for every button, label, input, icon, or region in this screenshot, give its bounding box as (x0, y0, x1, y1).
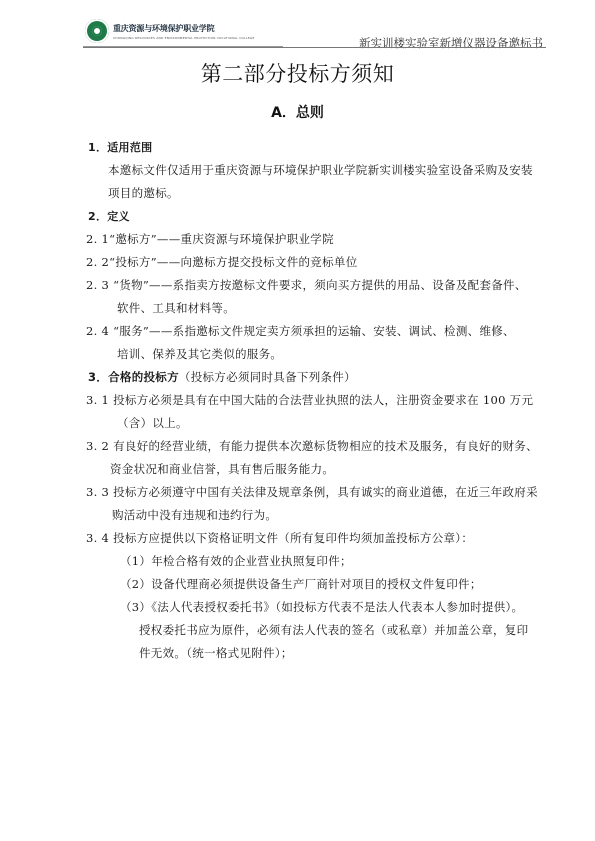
heading-qualified-bidder: 3．合格的投标方（投标方必须同时具备下列条件） (88, 369, 356, 385)
document-requirement: （2）设备代理商必须提供设备生产厂商针对项目的授权文件复印件； (120, 576, 482, 592)
condition-item: 3. 1 投标方必须是具有在中国大陆的合法营业执照的法人，注册资金要求在 100… (86, 392, 533, 408)
definition-item: 2. 4 “服务”——系指邀标文件规定卖方须承担的运输、安装、调试、检测、维修、 (86, 323, 515, 339)
definition-item-cont: 培训、保养及其它类似的服务。 (117, 346, 282, 362)
section-title: A．总则 (0, 102, 595, 122)
definition-item: 2. 1“邀标方”——重庆资源与环境保护职业学院 (86, 231, 334, 247)
condition-item-cont: 资金状况和商业信誉，具有售后服务能力。 (110, 461, 334, 477)
document-requirement: （3）《法人代表授权委托书》（如投标方代表不是法人代表本人参加时提供）。 (120, 599, 523, 615)
header-rule (83, 47, 546, 48)
condition-item: 3. 3 投标方必须遵守中国有关法律及规章条例，具有诚实的商业道德，在近三年政府… (86, 484, 538, 500)
page-header: 重庆资源与环境保护职业学院 CHONGQING RESOURCES AND EN… (83, 18, 546, 50)
condition-item: 3. 4 投标方应提供以下资格证明文件（所有复印件均须加盖投标方公章）： (86, 530, 473, 546)
definition-item: 2. 2“投标方”——向邀标方提交投标文件的竞标单位 (86, 254, 358, 270)
header-document-title: 新实训楼实验室新增仪器设备邀标书 (359, 35, 543, 51)
college-emblem-icon (85, 19, 109, 43)
page-title: 第二部分投标方须知 (0, 58, 595, 88)
condition-item-cont: 购活动中没有违规和违约行为。 (112, 507, 277, 523)
condition-item: 3. 2 有良好的经营业绩，有能力提供本次邀标货物相应的技术及服务，有良好的财务… (86, 438, 538, 454)
school-name-cn: 重庆资源与环境保护职业学院 (113, 23, 214, 34)
heading-definitions: 2．定义 (88, 208, 130, 224)
heading-scope: 1．适用范围 (88, 139, 152, 155)
school-name-en: CHONGQING RESOURCES AND ENVIRONMENTAL PR… (113, 36, 255, 40)
document-requirement-cont: 授权委托书应为原件，必须有法人代表的签名（或私章）并加盖公章，复印 (139, 622, 528, 638)
paragraph-line: 本邀标文件仅适用于重庆资源与环境保护职业学院新实训楼实验室设备采购及安装 (108, 162, 533, 178)
condition-item-cont: （含）以上。 (117, 415, 188, 431)
paragraph-line: 项目的邀标。 (108, 185, 179, 201)
document-requirement-cont: 件无效。（统一格式见附件）； (139, 645, 293, 661)
definition-item-cont: 软件、工具和材料等。 (117, 300, 235, 316)
heading-qualified-bidder-note: （投标方必须同时具备下列条件） (179, 370, 356, 384)
definition-item: 2. 3 “货物”——系指卖方按邀标文件要求，须向买方提供的用品、设备及配套备件… (86, 277, 527, 293)
heading-qualified-bidder-label: 3．合格的投标方 (88, 370, 179, 384)
document-requirement: （1）年检合格有效的企业营业执照复印件； (120, 553, 352, 569)
